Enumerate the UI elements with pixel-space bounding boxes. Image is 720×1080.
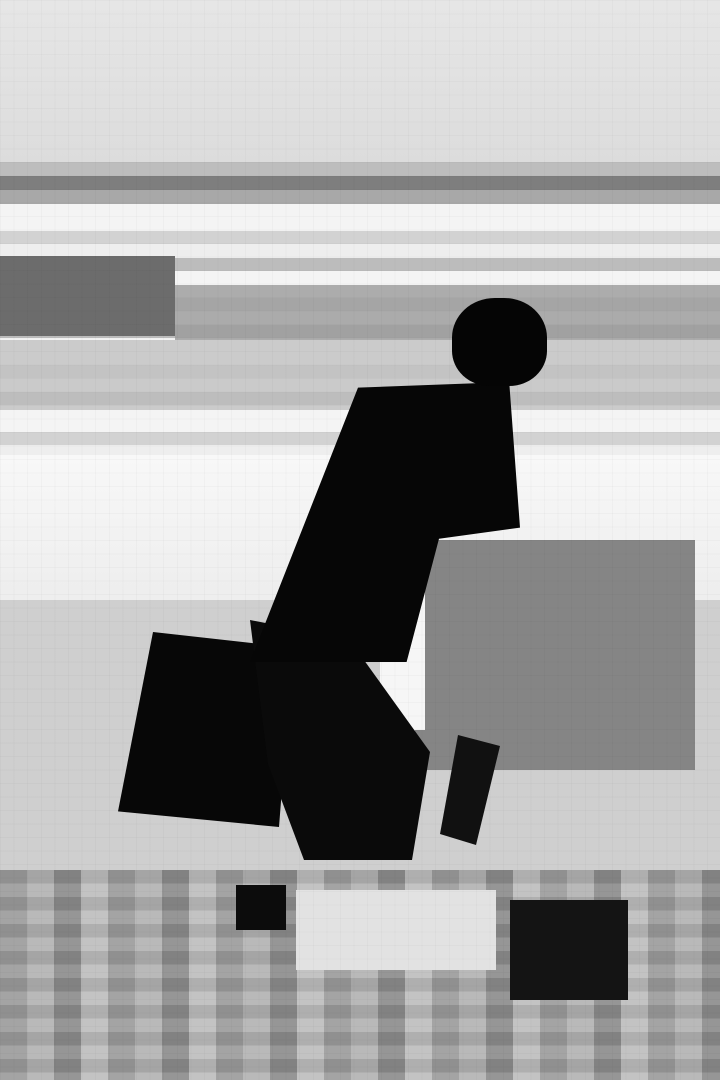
- horizon-line: [0, 176, 720, 190]
- surfboard: [415, 540, 695, 770]
- bag-on-sand: [510, 900, 628, 1000]
- photo-scene: Surfer carrying a surfboard on the beach: [0, 0, 720, 1080]
- horizon-water: [0, 190, 720, 204]
- horizon-haze: [0, 162, 720, 176]
- mid-water: [175, 285, 720, 340]
- dark-water: [0, 256, 175, 336]
- sky: [0, 0, 720, 165]
- dark-object: [236, 885, 286, 930]
- sand-highlight: [296, 890, 496, 970]
- surfer-head: [452, 298, 547, 386]
